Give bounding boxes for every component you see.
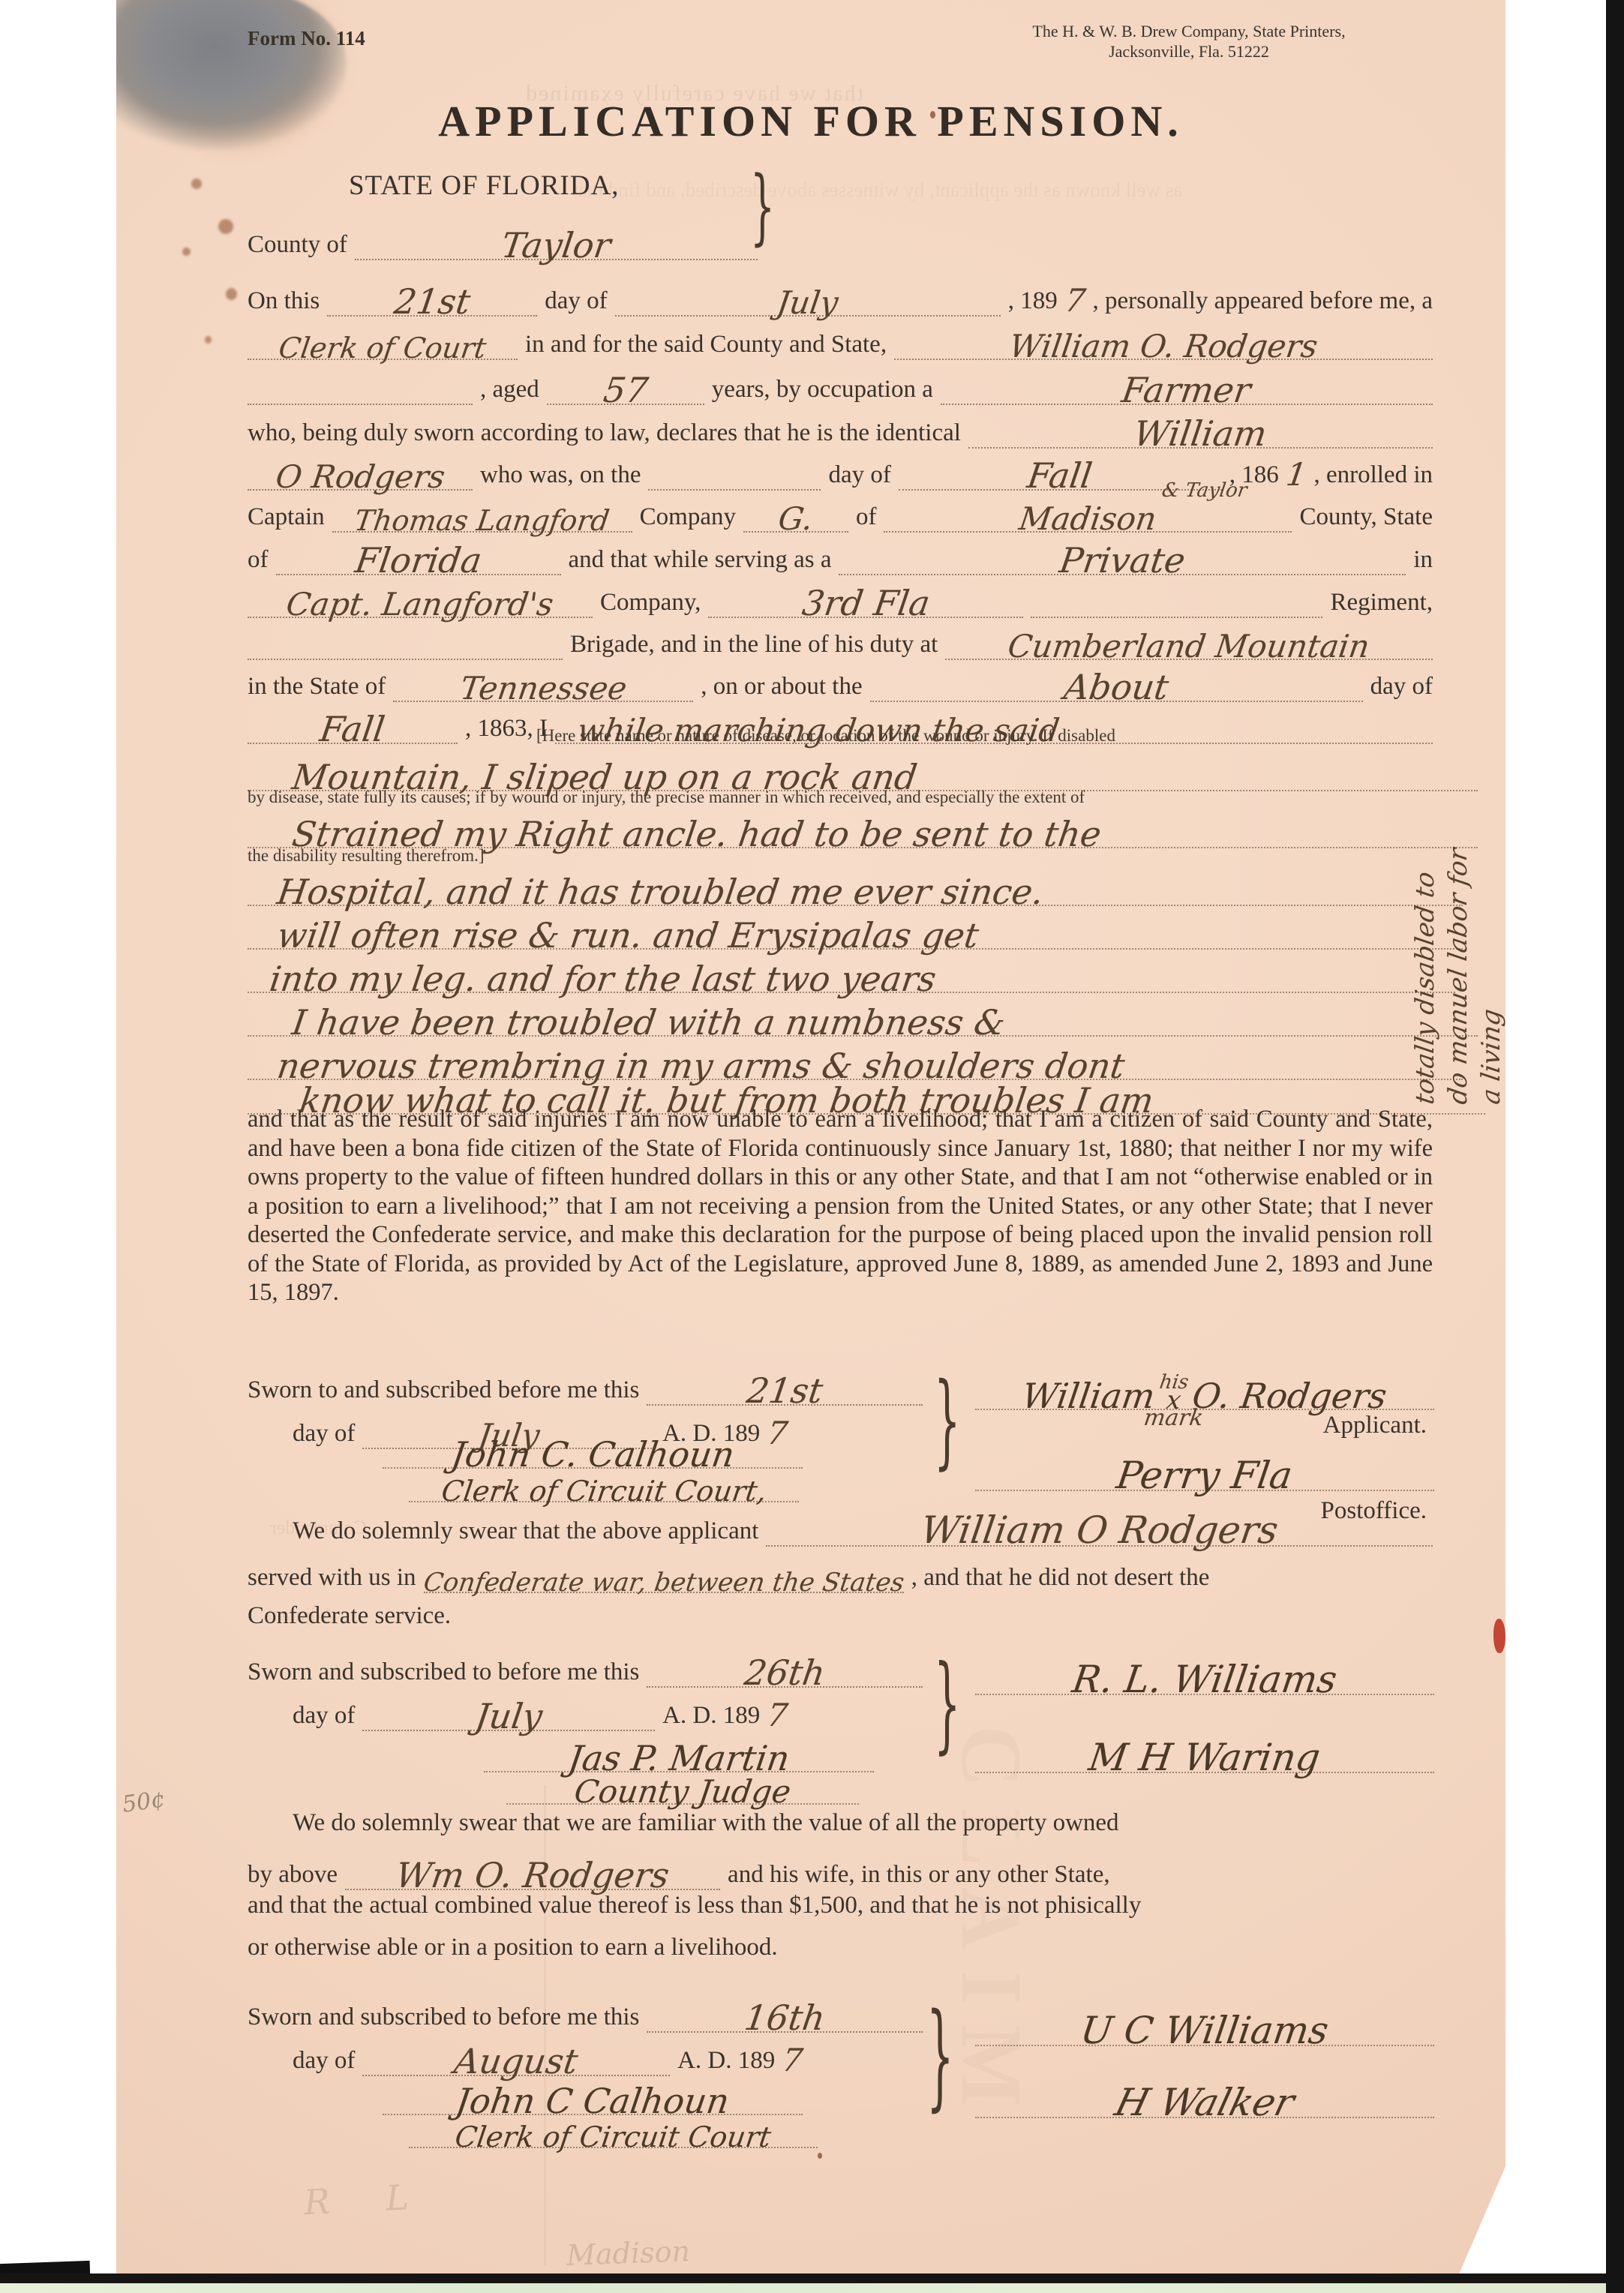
form-blank [648,489,821,491]
form-blank: Tennessee [393,673,693,702]
judge-title: County Judge [572,1776,793,1808]
handwritten-entry: Capt. Langford's [284,589,555,620]
handwritten-entry: 3rd Fla [800,586,932,620]
handwritten-entry: Fall [1025,458,1094,493]
form-blank: Florida [276,543,561,575]
printed-text: day of [828,461,890,491]
applicant-signature-block: William his x O. Rodgers mark Applicant.… [975,1371,1434,1525]
red-mark [1493,1619,1505,1653]
handwritten-entry: Wm O. Rodgers [394,1858,671,1892]
form-blank: 16th [647,2000,923,2033]
state-heading: STATE OF FLORIDA, [349,170,619,202]
brace: } [926,2000,954,2115]
signature-line: M H Waring [975,1728,1434,1773]
witness-signature: H Walker [1112,2084,1298,2121]
margin-note: totally disabled to do manuel labor for … [1412,648,1511,1104]
margin-note-line: totally disabled to [1412,870,1438,1106]
form-blank: Capt. Langford's [248,589,593,618]
witness-signatures-block: R. L. Williams M H Waring [975,1650,1434,1773]
form-blank: Fall [248,712,458,744]
handwritten-entry: 1 [1284,459,1309,491]
clerk-title: Clerk of Circuit Court, [440,1477,768,1505]
printed-text: , aged [480,376,539,405]
postoffice-entry: Perry Fla [1115,1457,1295,1494]
handwritten-entry: Farmer [1120,373,1253,407]
pension-form-page: that we have carefully examined as well … [116,0,1505,2276]
handwritten-insert: & Taylor [1160,481,1248,500]
form-blank: Wm O. Rodgers [345,1858,720,1890]
form-blank: Private [839,543,1406,575]
handwritten-entry: O Rodgers [274,461,447,493]
form-line: who, being duly sworn according to law, … [248,410,1433,449]
pencil-note: R L [303,2176,432,2223]
form-blank: Cumberland Mountain [945,631,1433,660]
printed-text: in the State of [248,673,386,702]
applicant-signature-first: William [1020,1379,1157,1413]
handwritten-entry: G. [776,503,815,535]
signature-line: Clerk of Circuit Court [409,2105,818,2148]
printed-text: , enrolled in [1313,461,1433,491]
handwritten-entry: 16th [743,2000,827,2035]
clerk-title: Clerk of Circuit Court [454,2123,773,2151]
printed-text: day of [293,1420,355,1449]
signature-line: R. L. Williams [975,1650,1434,1695]
handwritten-entry: Madison [1017,503,1158,535]
form-line: , aged 57 years, by occupation a Farmer [248,366,1433,405]
handwritten-entry: Tennessee [458,673,629,704]
handwritten-entry: July [775,287,840,319]
form-blank: About [870,670,1363,702]
form-line: by above Wm O. Rodgers and his wife, in … [248,1851,1433,1890]
form-blank: 21st [327,284,537,317]
handwritten-entry: Cumberland Mountain [1007,631,1372,662]
handwritten-entry: 26th [743,1655,827,1690]
printed-text: years, by occupation a [712,376,933,405]
form-line: Sworn to and subscribed before me this 2… [248,1367,923,1406]
stain-drip [191,179,202,189]
paper-speck [818,2153,822,2159]
handwritten-entry: William O Rodgers [918,1511,1280,1549]
form-blank [1031,617,1322,618]
printer-line-2: Jacksonville, Fla. 51222 [904,41,1474,62]
signature-line: H Walker [975,2073,1434,2118]
handwritten-entry: William O. Rodgers [1007,331,1319,362]
printed-text: Regiment, [1330,589,1433,618]
handwritten-entry: Confederate war, between the States [422,1570,905,1595]
witness-signature: U C Williams [1079,2012,1331,2049]
handwritten-entry: About [1062,670,1171,704]
form-line: Clerk of Court in and for the said Count… [248,321,1433,360]
stain-drip [182,248,191,256]
printed-text: of [248,546,269,575]
handwritten-line: Strained my Right ancle. had to be sent … [248,805,1478,848]
printed-text: , and that he did not desert the [911,1564,1210,1593]
form-blank: William O. Rodgers [894,331,1433,360]
handwritten-entry: William [1132,416,1269,451]
form-line: day of July A. D. 189 7 [293,1692,788,1731]
margin-note-line: a living [1478,1007,1504,1106]
handwritten-entry: Private [1058,543,1187,578]
form-blank: Farmer [941,373,1433,405]
printed-text: who, being duly sworn according to law, … [248,419,961,449]
handwritten-entry: Clerk of Court [277,334,488,362]
mark-row: mark Applicant. [975,1410,1434,1445]
county-entry: Taylor [500,228,613,263]
printed-text: A. D. 189 [662,1702,760,1731]
form-blank: July [362,1699,655,1731]
form-blank: O Rodgers [248,461,473,491]
printed-text: day of [545,287,607,317]
printed-text: or otherwise able or in a position to ea… [248,1934,778,1961]
form-blank: Thomas Langford [332,506,632,533]
handwritten-entry: Thomas Langford [353,506,611,535]
form-line: served with us in Confederate war, betwe… [248,1554,1433,1593]
printed-text: by above [248,1861,338,1890]
form-blank: William [968,416,1433,449]
printed-text: Company [640,503,736,533]
handwritten-entry: Fall [318,712,387,746]
mark-label: mark [1142,1407,1205,1430]
printed-text: Sworn and subscribed to before me this [248,1658,639,1688]
signature-line: Perry Fla [975,1448,1434,1491]
applicant-signature-last: O. Rodgers [1190,1379,1389,1413]
form-line: Captain Thomas Langford Company G. of Ma… [248,494,1433,533]
handwritten-line: Mountain, I sliped up on a rock and [248,748,1478,791]
printed-text: , 189 [1008,287,1058,317]
instruction-note: [Here state name or nature of disease, o… [536,726,1115,746]
form-line: day of August A. D. 189 7 [293,2037,803,2076]
form-blank: G. [743,503,848,533]
witness-signature: M H Waring [1087,1739,1323,1776]
stain-drip [218,219,233,234]
scan-green-strip [0,2283,1624,2293]
printer-line-1: The H. & W. B. Drew Company, State Print… [904,21,1474,41]
handwritten-text: into my leg. and for the last two years [268,962,938,996]
pencil-note: Madison [566,2234,690,2272]
form-blank: July [615,287,1001,317]
printed-text: of [856,503,877,533]
his-mark: his x [1160,1373,1188,1409]
handwritten-text: will often rise & run. and Erysipalas ge… [275,918,981,953]
form-line: in the State of Tennessee , on or about … [248,663,1433,702]
witness-signature: R. L. Williams [1070,1661,1340,1698]
form-line: of Florida and that while serving as a P… [248,536,1433,575]
scan-right-edge [1606,0,1624,2293]
stain-drip [226,288,237,300]
form-blank: 21st [647,1373,923,1406]
printed-text: , personally appeared before me, a [1092,287,1433,317]
form-number: Form No. 114 [248,27,365,50]
handwritten-line: I have been troubled with a numbness & [248,993,1478,1037]
form-blank: Confederate war, between the States [424,1570,904,1593]
handwritten-line: into my leg. and for the last two years [248,950,1455,993]
printed-text: Company, [600,589,701,618]
handwritten-entry: 57 [601,373,650,407]
form-blank: 57 [547,373,704,405]
margin-note-line: do manuel labor for [1445,847,1471,1106]
printed-text: day of [293,1702,355,1731]
handwritten-line: Hospital, and it has troubled me ever si… [248,863,1463,906]
stain-drip [205,336,212,344]
witness-signatures-block: U C Williams H Walker [975,2001,1434,2118]
printed-text: day of [293,2047,355,2076]
printed-text: Confederate service. [248,1602,451,1630]
form-blank [248,404,473,405]
form-line: Sworn and subscribed to before me this 1… [248,1994,923,2033]
printed-text: Sworn and subscribed to before me this [248,2003,639,2033]
printed-text: We do solemnly swear that we are familia… [293,1809,1119,1837]
printed-text: County, State [1299,503,1433,533]
printed-text: Captain [248,503,325,533]
printed-text: , on or about the [701,673,862,702]
brace: } [934,1652,961,1757]
county-line: County of Taylor [248,221,758,260]
printer-imprint: The H. & W. B. Drew Company, State Print… [904,21,1474,62]
scan-bottom-edge [0,2273,1624,2284]
printed-text: On this [248,287,320,317]
form-blank: Madison & Taylor [884,503,1292,533]
county-label: County of [248,231,347,260]
handwritten-entry: 7 [765,1700,790,1731]
printed-text: We do solemnly swear that the above appl… [293,1517,758,1547]
handwritten-entry: Florida [353,543,483,578]
form-line: Brigade, and in the line of his duty at … [248,621,1433,660]
form-line: We do solemnly swear that the above appl… [293,1508,1433,1547]
printed-text: and that while serving as a [569,546,832,575]
form-line: O Rodgers who was, on the day of Fall , … [248,452,1433,491]
county-blank: Taylor [355,228,758,260]
printed-text: Brigade, and in the line of his duty at [570,631,938,660]
printed-text: Sworn to and subscribed before me this [248,1376,639,1406]
signature-line: Clerk of Circuit Court, [409,1459,799,1502]
signature-line: U C Williams [975,2001,1434,2046]
handwritten-entry: 21st [392,284,473,319]
printed-text: and his wife, in this or any other State… [728,1861,1110,1890]
handwritten-entry: 7 [1063,285,1088,317]
printed-text: and that the actual combined value there… [248,1892,1141,1919]
form-blank: Clerk of Court [248,334,518,360]
pencil-price-note: 50¢ [121,1786,167,1818]
form-blank: 3rd Fla [708,586,1023,618]
printed-text: in [1413,546,1433,575]
form-line: Sworn and subscribed to before me this 2… [248,1649,923,1688]
form-line: Capt. Langford's Company, 3rd Fla Regime… [248,579,1433,618]
document-title: APPLICATION FOR PENSION. [116,96,1505,146]
form-blank: 26th [647,1655,923,1688]
handwritten-text: I have been troubled with a numbness & [290,1005,1007,1040]
declaration-paragraph: and that as the result of said injuries … [248,1105,1433,1307]
handwritten-line: will often rise & run. and Erysipalas ge… [248,906,1463,950]
applicant-label: Applicant. [1323,1412,1427,1439]
form-blank: William O Rodgers [766,1511,1433,1547]
handwritten-entry: 21st [745,1373,825,1408]
handwritten-text: Hospital, and it has troubled me ever si… [275,875,1046,909]
form-line: On this 21st day of July , 189 7 , perso… [248,278,1433,317]
printed-text: , 1863, I [465,715,548,744]
signature-line: County Judge [506,1761,859,1805]
printed-text: who was, on the [480,461,641,491]
printed-text: served with us in [248,1564,416,1593]
printed-text: in and for the said County and State, [525,331,887,360]
form-blank [248,659,563,660]
brace: } [934,1370,961,1472]
